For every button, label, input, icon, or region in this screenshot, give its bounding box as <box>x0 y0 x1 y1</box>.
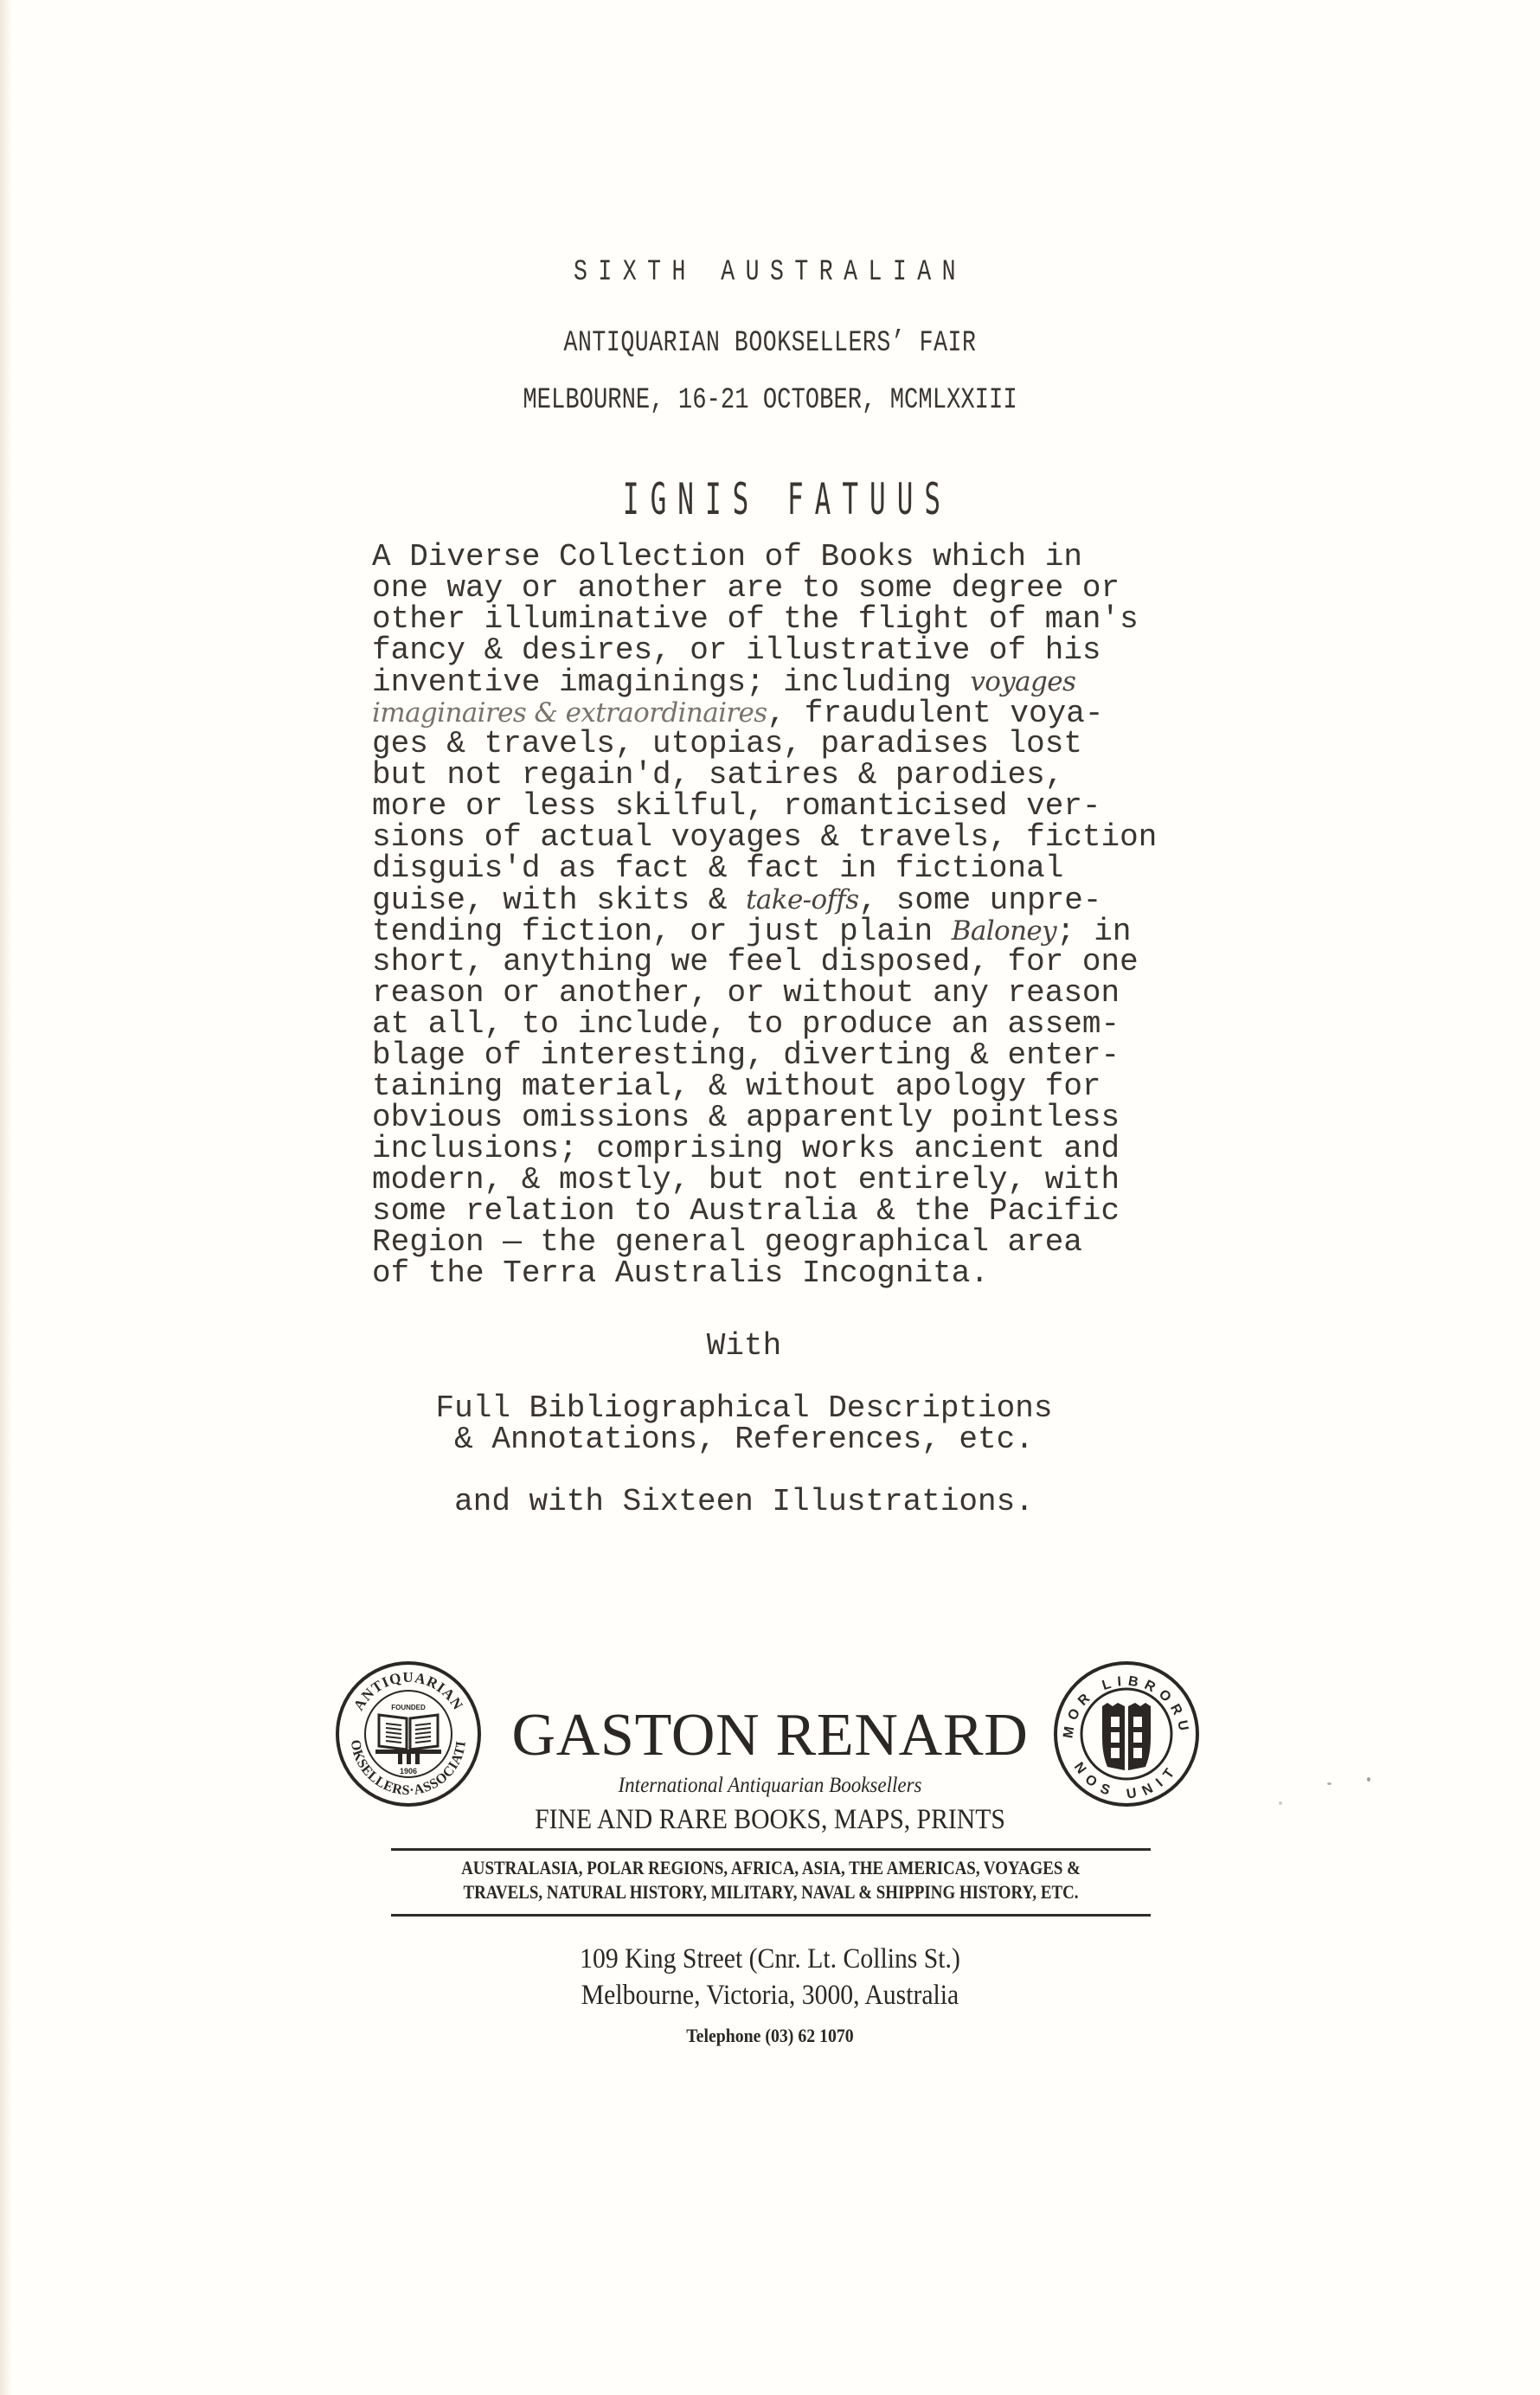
description-line: one way or another are to some degree or <box>372 573 1203 604</box>
antiquarian-booksellers-association-seal-icon: ANTIQUARIAN BOOKSELLERS·ASSOCIATION FOUN… <box>334 1660 483 1808</box>
description-line: ges & travels, utopias, paradises lost <box>372 729 1203 760</box>
specialties-line-1: AUSTRALASIA, POLAR REGIONS, AFRICA, ASIA… <box>444 1856 1097 1880</box>
fair-date-line: MELBOURNE, 16-21 OCTOBER, MCMLXXIII <box>272 384 1268 417</box>
description-line: imaginaires & extraordinaires, fraudulen… <box>372 697 1203 729</box>
telephone: Telephone (03) 62 1070 <box>77 2025 1463 2047</box>
description-line: reason or another, or without any reason <box>372 978 1203 1009</box>
description-line: A Diverse Collection of Books which in <box>372 542 1203 573</box>
description-line: blage of interesting, diverting & enter- <box>372 1040 1203 1071</box>
svg-text:FOUNDED: FOUNDED <box>391 1704 426 1711</box>
description-line: at all, to include, to produce an assem- <box>372 1009 1203 1040</box>
bookseller-subtitle: FINE AND RARE BOOKS, MAPS, PRINTS <box>513 1804 1027 1836</box>
scan-speck <box>1327 1782 1331 1785</box>
catalogue-description: A Diverse Collection of Books which inon… <box>372 542 1203 1289</box>
bookseller-specialties: AUSTRALASIA, POLAR REGIONS, AFRICA, ASIA… <box>444 1856 1097 1904</box>
features-line-1: Full Bibliographical Descriptions <box>0 1393 1514 1424</box>
address-line-2: Melbourne, Victoria, 3000, Australia <box>77 1980 1463 2012</box>
top-rule-divider <box>391 1848 1151 1851</box>
description-line: guise, with skits & take-offs, some unpr… <box>372 884 1203 915</box>
description-line: fancy & desires, or illustrative of his <box>372 635 1203 666</box>
description-line: taining material, & without apology for <box>372 1071 1203 1102</box>
bottom-rule-divider <box>391 1914 1151 1917</box>
description-line: sions of actual voyages & travels, ficti… <box>372 822 1203 853</box>
description-line: obvious omissions & apparently pointless <box>372 1102 1203 1133</box>
description-line: but not regain'd, satires & parodies, <box>372 760 1203 791</box>
svg-text:1906: 1906 <box>400 1767 417 1775</box>
amor-librorum-seal-icon: AMOR LIBRORUM NOS UNIT <box>1052 1660 1201 1808</box>
description-line: disguis'd as fact & fact in fictional <box>372 853 1203 884</box>
description-line: tending fiction, or just plain Baloney; … <box>372 915 1203 947</box>
catalogue-title: IGNIS FATUUS <box>401 474 1174 524</box>
description-line: other illuminative of the flight of man'… <box>372 604 1203 635</box>
fair-title-line: SIXTH AUSTRALIAN <box>284 256 1255 289</box>
bookseller-name: GASTON RENARD <box>484 1701 1056 1770</box>
specialties-line-2: TRAVELS, NATURAL HISTORY, MILITARY, NAVA… <box>444 1880 1097 1904</box>
fair-subtitle-line: ANTIQUARIAN BOOKSELLERS’ FAIR <box>284 327 1255 360</box>
description-line: Region — the general geographical area <box>372 1227 1203 1258</box>
features-line-3: and with Sixteen Illustrations. <box>0 1486 1514 1518</box>
bookseller-tagline: International Antiquarian Booksellers <box>507 1774 1032 1798</box>
svg-text:NOS UNIT: NOS UNIT <box>1071 1760 1183 1802</box>
page-edge-shadow <box>0 0 12 2395</box>
scan-speck <box>1367 1777 1370 1782</box>
description-line: more or less skilful, romanticised ver- <box>372 791 1203 822</box>
description-line: some relation to Australia & the Pacific <box>372 1196 1203 1227</box>
description-line: short, anything we feel disposed, for on… <box>372 947 1203 978</box>
address-line-1: 109 King Street (Cnr. Lt. Collins St.) <box>77 1943 1463 1975</box>
description-line: of the Terra Australis Incognita. <box>372 1258 1203 1289</box>
description-line: inventive imaginings; including voyages <box>372 666 1203 697</box>
description-line: inclusions; comprising works ancient and <box>372 1133 1203 1165</box>
scan-speck <box>1279 1801 1282 1805</box>
description-line: modern, & mostly, but not entirely, with <box>372 1165 1203 1196</box>
with-label: With <box>0 1331 1514 1362</box>
features-line-2: & Annotations, References, etc. <box>0 1424 1514 1455</box>
